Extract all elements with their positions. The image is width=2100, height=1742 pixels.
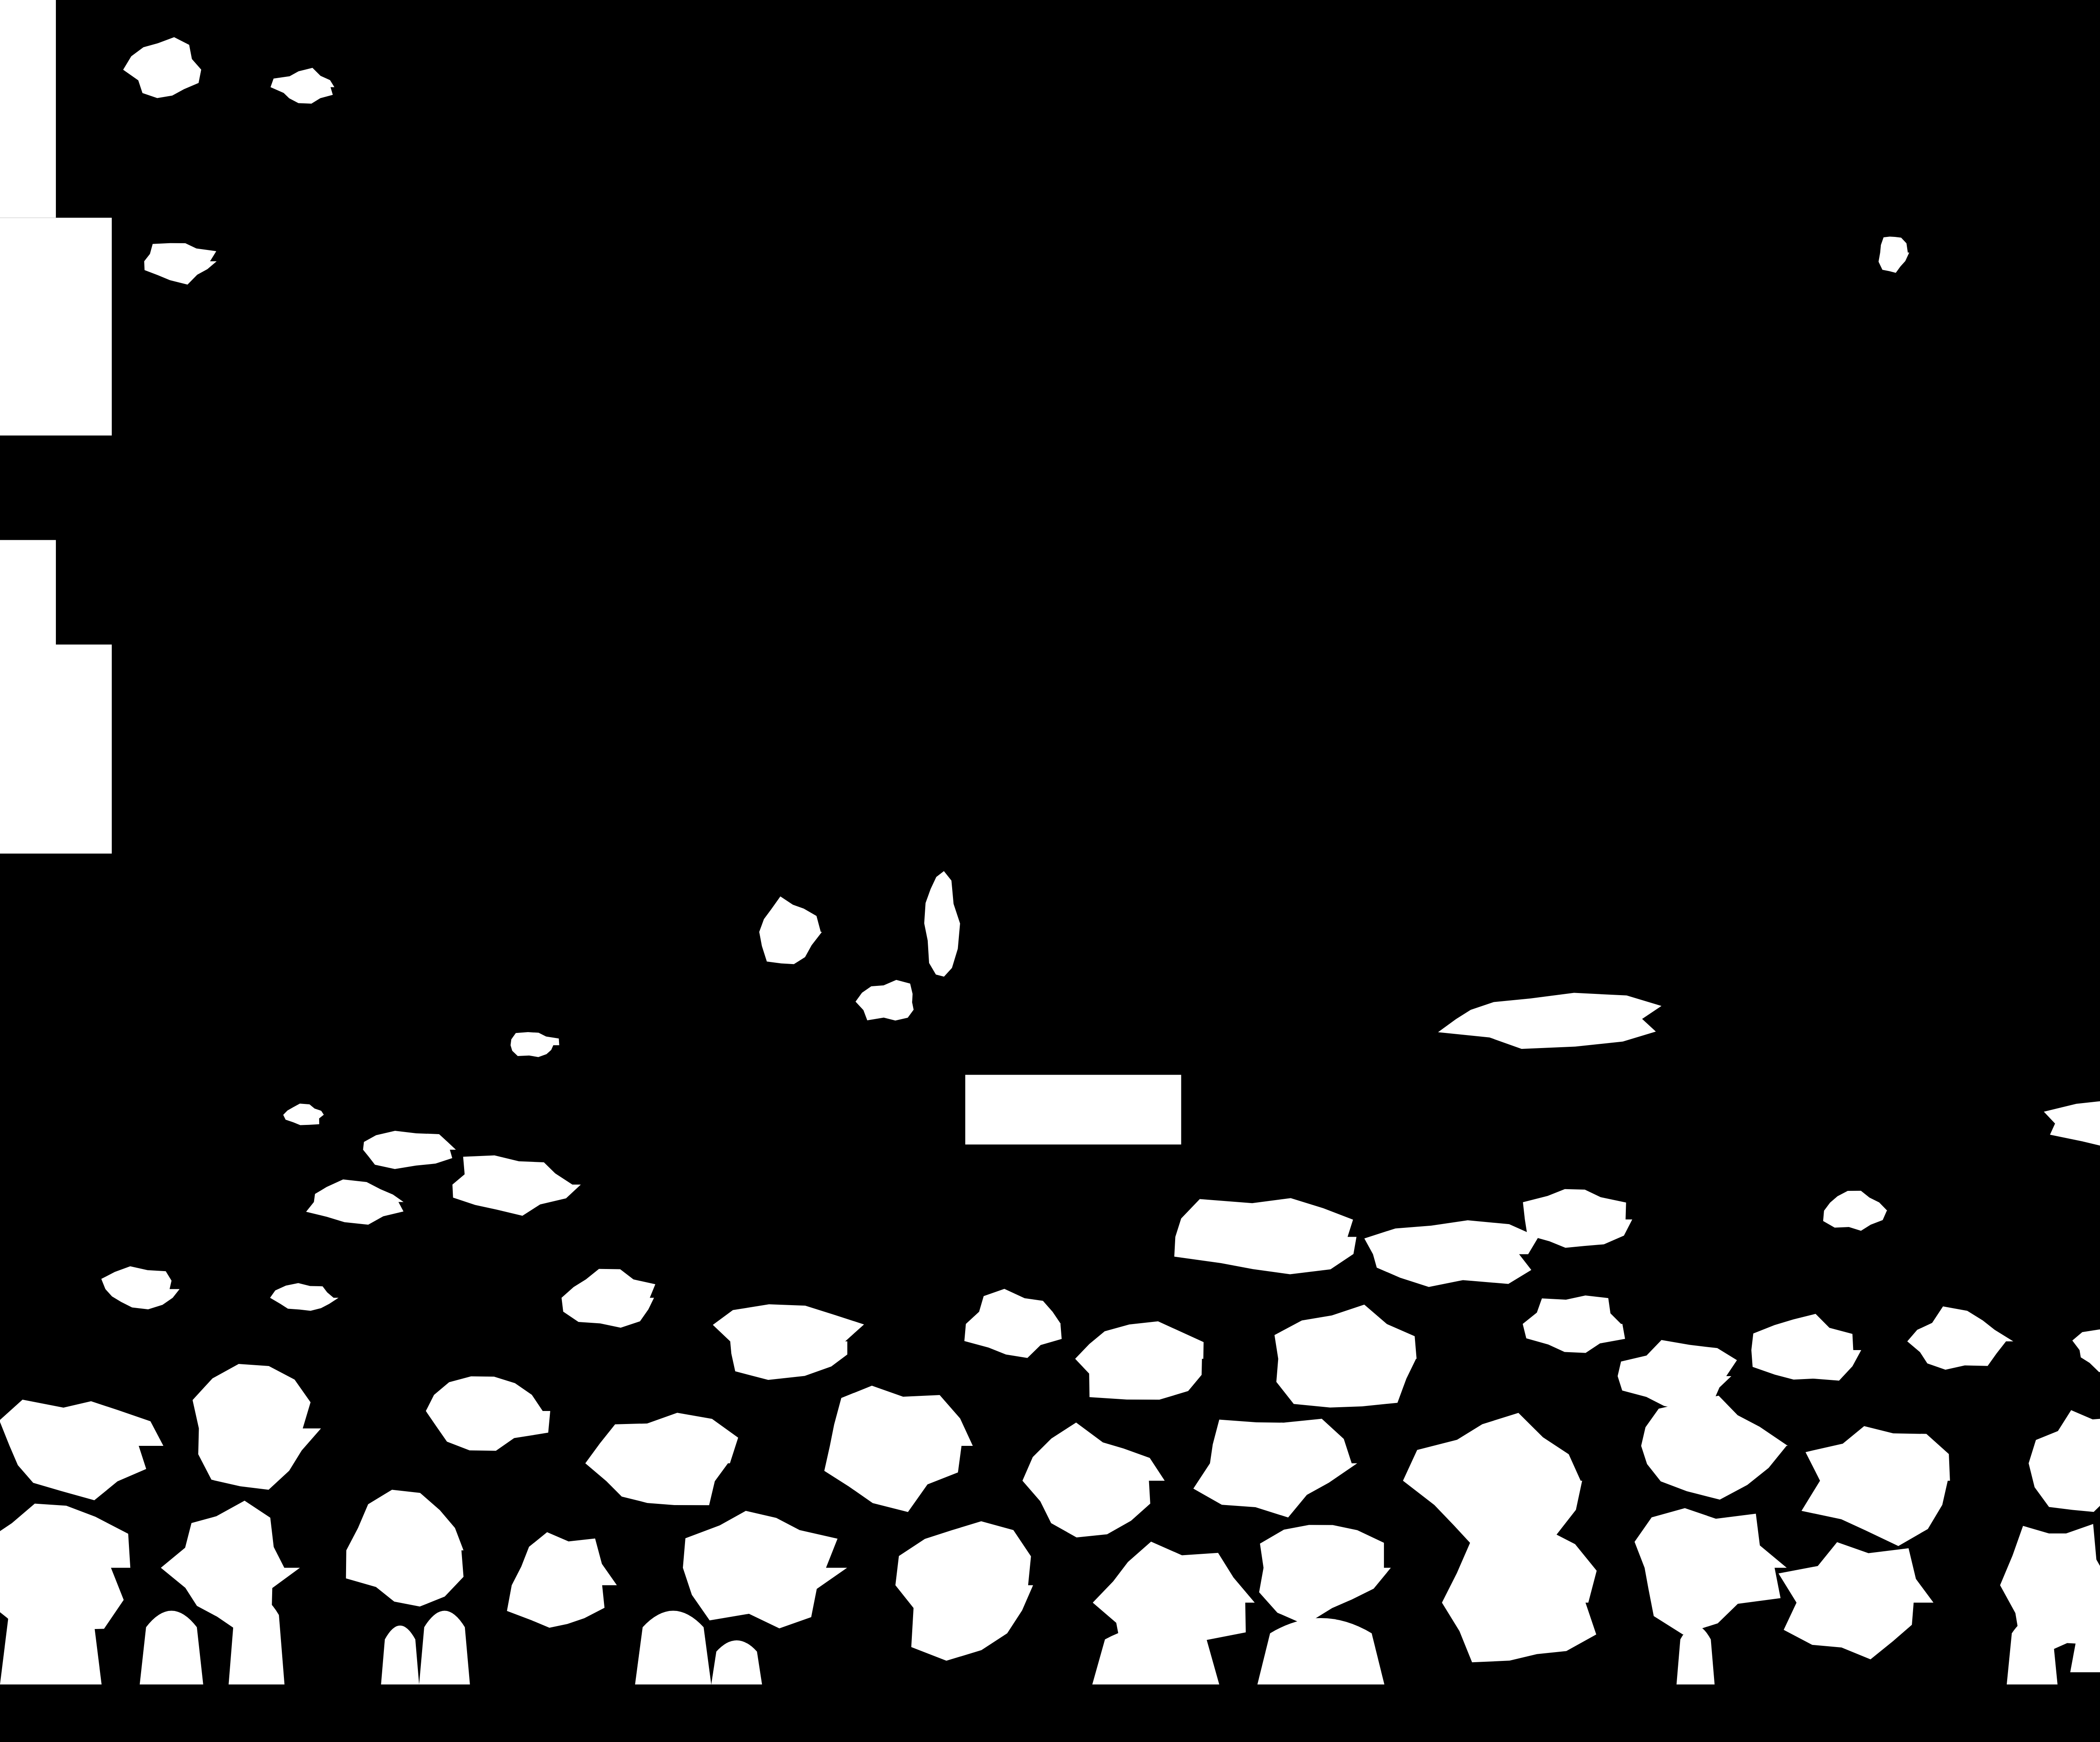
threshold-tile <box>0 218 112 435</box>
threshold-tile <box>0 644 112 854</box>
threshold-tile <box>0 0 56 218</box>
binarized-landscape-photo <box>0 0 2100 1742</box>
bottom-dark-band <box>0 1684 2100 1742</box>
